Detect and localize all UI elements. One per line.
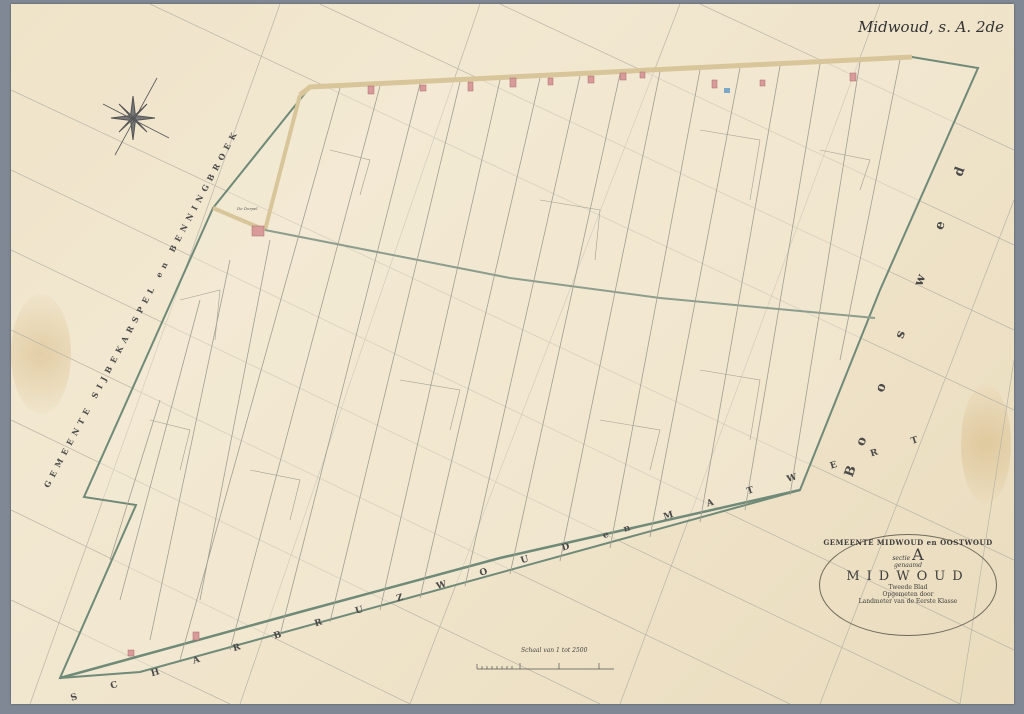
sheet-label: Midwoud, s. A. 2de (858, 18, 1004, 36)
scale-label: Schaal van 1 tot 2500 (521, 647, 587, 654)
title-cartouche: GEMEENTE MIDWOUD en OOSTWOUD sectie A ge… (819, 528, 997, 638)
place-label-west: De Dorpel (237, 206, 258, 211)
cartouche-called: genaamd (819, 562, 997, 569)
cartouche-surveyor-class: Landmeter van de Eerste Klasse (819, 598, 997, 605)
compass-rose-icon (103, 78, 169, 155)
pond (724, 88, 730, 93)
scale-bar (477, 663, 614, 669)
cartouche-sheet: Tweede Blad (819, 584, 997, 591)
cartouche-section-prefix: sectie (892, 555, 910, 562)
cartouche-surveyed-by: Opgemeten door (819, 591, 997, 598)
cartouche-title: MIDWOUD (819, 569, 997, 584)
cadastral-map-sheet: Midwoud, s. A. 2de GEMEENTE SIJBEKARSPEL… (11, 4, 1014, 704)
